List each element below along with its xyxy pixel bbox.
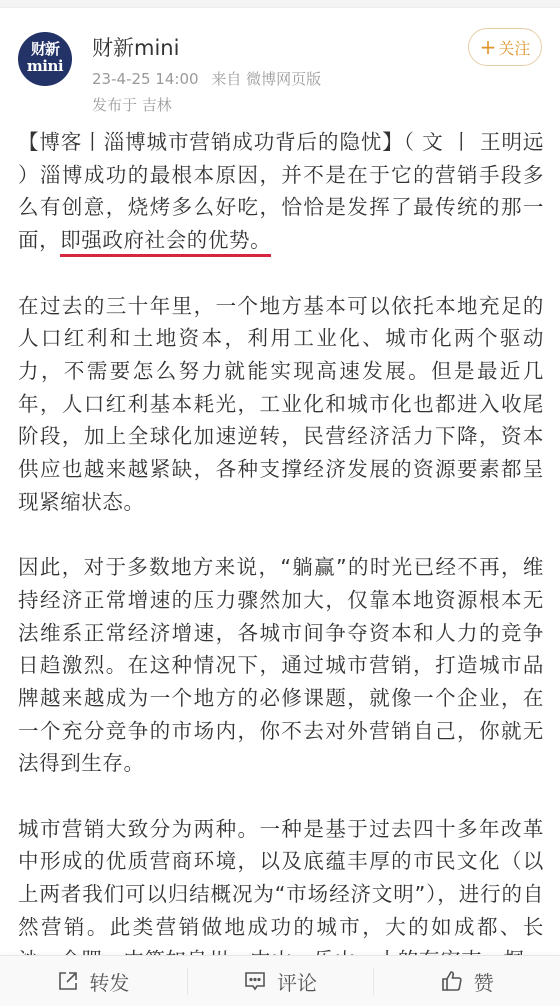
avatar[interactable]: 财新 mini	[18, 32, 72, 86]
comment-button[interactable]: 评论	[187, 956, 374, 1006]
avatar-text-bottom: mini	[18, 59, 72, 74]
share-icon	[57, 970, 79, 992]
post-location: 发布于 吉林	[92, 94, 172, 115]
like-icon	[440, 969, 464, 993]
paragraph-3: 因此，对于多数地方来说，“躺赢”的时光已经不再，维持经济正常增速的压力骤然加大，…	[18, 551, 544, 780]
paragraph-1: 【博客丨淄博城市营销成功背后的隐忧】（ 文 丨 王明远 ）淄博成功的最根本原因，…	[18, 126, 544, 257]
post-timestamp: 23-4-25 14:00	[92, 70, 199, 88]
like-label: 赞	[474, 967, 494, 996]
repost-button[interactable]: 转发	[0, 956, 187, 1006]
repost-label: 转发	[89, 967, 129, 996]
post-content: 【博客丨淄博城市营销成功背后的隐忧】（ 文 丨 王明远 ）淄博成功的最根本原因，…	[18, 126, 544, 1006]
post-meta: 23-4-25 14:00 来自 微博网页版	[92, 68, 329, 89]
comment-icon	[243, 969, 267, 993]
paragraph-2: 在过去的三十年里，一个地方基本可以依托本地充足的人口红利和土地资本，利用工业化、…	[18, 290, 544, 519]
follow-label: 关注	[498, 36, 530, 59]
follow-button[interactable]: + 关注	[468, 28, 542, 66]
post-source: 来自 微博网页版	[211, 70, 321, 88]
plus-icon: +	[480, 37, 497, 57]
top-divider	[0, 0, 560, 8]
highlighted-text: 即强政府社会的优势。	[60, 228, 271, 257]
author-name[interactable]: 财新mini	[92, 32, 179, 62]
action-bar: 转发 评论 赞	[0, 955, 560, 1006]
avatar-text-top: 财新	[18, 42, 72, 57]
comment-label: 评论	[277, 967, 317, 996]
paragraph-4: 城市营销大致分为两种。一种是基于过去四十多年改革中形成的优质营商环境，以及底蕴丰…	[18, 813, 544, 977]
post-header: 财新 mini 财新mini 23-4-25 14:00 来自 微博网页版 发布…	[0, 8, 560, 112]
like-button[interactable]: 赞	[373, 956, 560, 1006]
